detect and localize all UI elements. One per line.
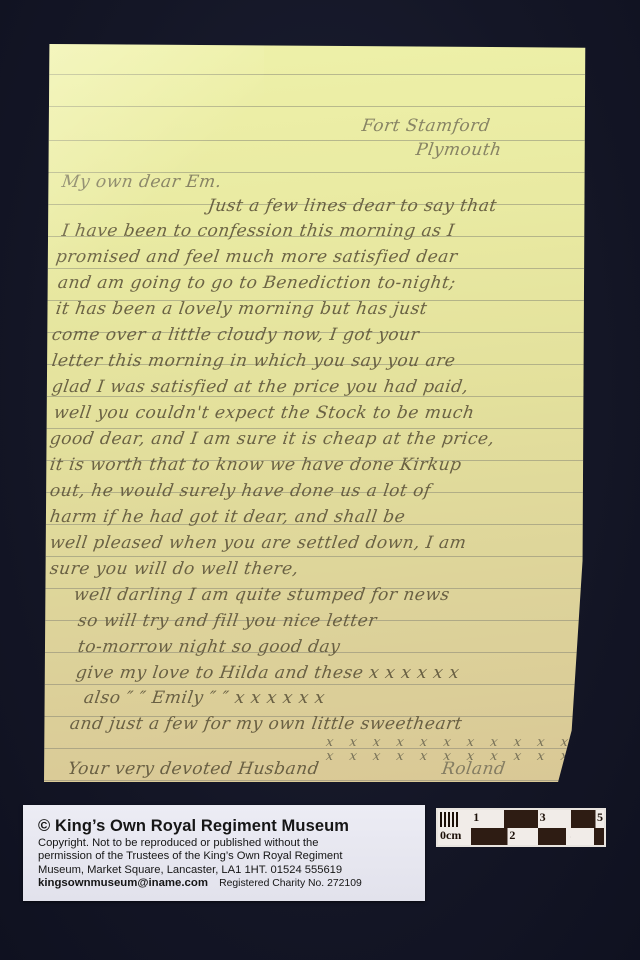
letter-line: well darling I am quite stumped for news — [73, 585, 451, 605]
letter-paper: Fort Stamford Plymouth My own dear Em. J… — [44, 44, 588, 782]
museum-copyright-label: © King’s Own Royal Regiment Museum Copyr… — [23, 805, 425, 901]
scale-cell — [504, 810, 537, 828]
letter-line: so will try and fill you nice letter — [77, 611, 379, 631]
scale-cell — [471, 828, 504, 846]
scale-cell: 2 — [504, 828, 537, 846]
letter-line: Just a few lines dear to say that — [207, 196, 499, 216]
letter-line: also ″ ″ Emily ″ ″ x x x x x x — [83, 688, 327, 708]
label-body: Copyright. Not to be reproduced or publi… — [38, 837, 425, 891]
letter-line: give my love to Hilda and these x x x x … — [75, 663, 461, 683]
scale-cell: 5 — [571, 810, 604, 828]
letter-line: I have been to confession this morning a… — [61, 221, 456, 241]
scale-cell: 0cm — [438, 828, 471, 846]
scale-cell: 4 — [538, 828, 571, 846]
letter-line: letter this morning in which you say you… — [51, 351, 457, 371]
scale-cell — [438, 810, 471, 828]
address-line-2: Plymouth — [415, 140, 503, 160]
label-contact-line: kingsownmuseum@iname.com Registered Char… — [38, 877, 425, 890]
scale-cell: 1 — [471, 810, 504, 828]
label-body-line: permission of the Trustees of the King’s… — [38, 850, 425, 863]
letter-line: sure you will do well there, — [49, 559, 300, 579]
scale-bar: 1 3 5 0cm 2 4 — [436, 808, 606, 847]
label-body-line: Copyright. Not to be reproduced or publi… — [38, 837, 425, 850]
scale-number: 5 — [597, 810, 603, 825]
letter-line: out, he would surely have done us a lot … — [49, 481, 433, 501]
letter-line: well pleased when you are settled down, … — [49, 533, 468, 553]
scale-number: 2 — [509, 828, 515, 843]
closing: Your very devoted Husband — [67, 759, 321, 779]
letter-line: come over a little cloudy now, I got you… — [51, 325, 421, 345]
label-email: kingsownmuseum@iname.com — [38, 877, 208, 889]
letter-line: and just a few for my own little sweethe… — [69, 714, 464, 734]
letter-line: well you couldn't expect the Stock to be… — [53, 403, 476, 423]
scale-mm-ticks — [438, 810, 471, 827]
scale-cell — [571, 828, 604, 846]
label-charity-number: Registered Charity No. 272109 — [219, 878, 362, 889]
letter-line: it is worth that to know we have done Ki… — [49, 455, 463, 475]
letter-line: it has been a lovely morning but has jus… — [55, 299, 429, 319]
letter-line: harm if he had got it dear, and shall be — [49, 507, 407, 527]
scale-number: 3 — [540, 810, 546, 825]
scale-unit-label: 0cm — [440, 828, 461, 843]
letter-line: glad I was satisfied at the price you ha… — [51, 377, 470, 397]
scale-cell: 3 — [538, 810, 571, 828]
letter-line: to-morrow night so good day — [77, 637, 342, 657]
address-line-1: Fort Stamford — [361, 116, 492, 136]
letter-line: promised and feel much more satisfied de… — [55, 247, 459, 267]
kisses-row: x x x x x x x x x x x x — [325, 735, 599, 750]
salutation: My own dear Em. — [61, 172, 223, 192]
letter-line: good dear, and I am sure it is cheap at … — [49, 429, 496, 449]
scale-number: 1 — [473, 810, 479, 825]
letter-line: and am going to go to Benediction to-nig… — [57, 273, 457, 293]
label-title: © King’s Own Royal Regiment Museum — [38, 816, 425, 836]
label-body-line: Museum, Market Square, Lancaster, LA1 1H… — [38, 864, 425, 877]
signature: Roland — [441, 759, 507, 779]
